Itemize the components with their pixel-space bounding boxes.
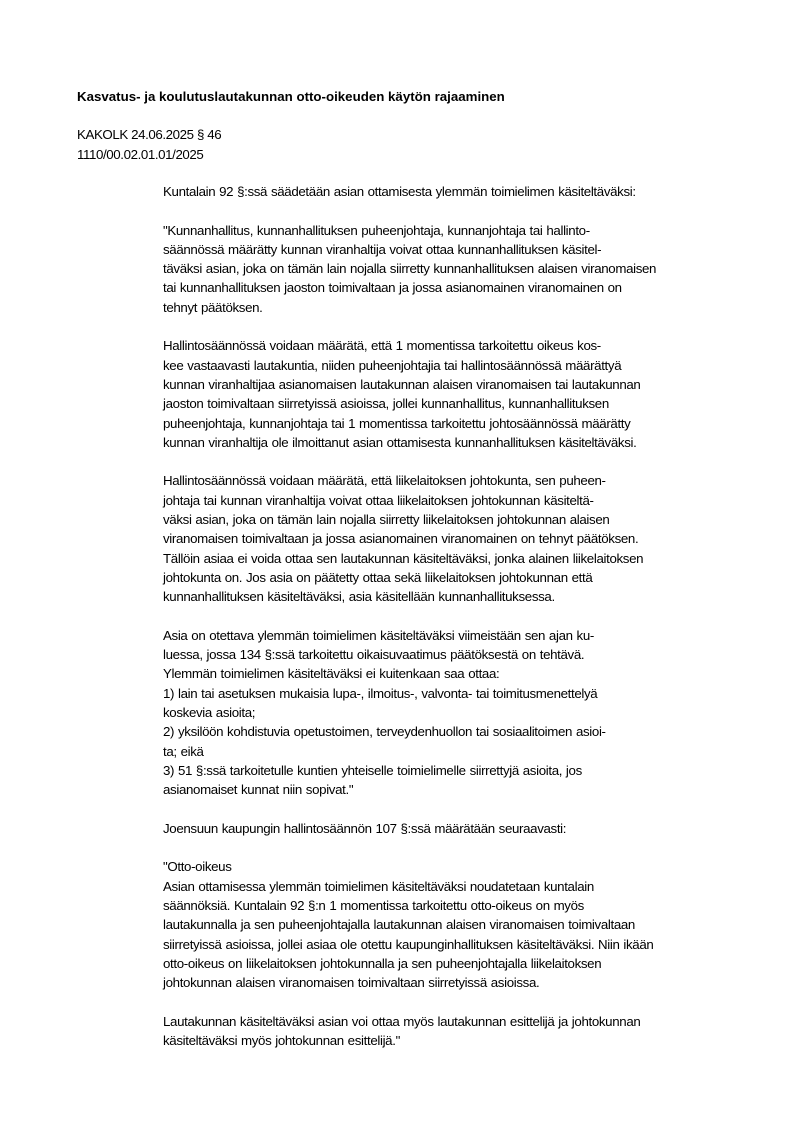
- paragraph: Hallintosäännössä voidaan määrätä, että …: [163, 471, 753, 606]
- paragraph: Lautakunnan käsiteltäväksi asian voi ott…: [163, 1012, 753, 1051]
- case-number: 1110/00.02.01.01/2025: [77, 145, 221, 165]
- document-page: Kasvatus- ja koulutuslautakunnan otto-oi…: [0, 0, 794, 1122]
- paragraph-line: Hallintosäännössä voidaan määrätä, että …: [163, 471, 753, 490]
- paragraph-line: tehnyt päätöksen.: [163, 298, 753, 317]
- paragraph: Hallintosäännössä voidaan määrätä, että …: [163, 336, 753, 452]
- paragraph-line: viranomaisen toimivaltaan ja jossa asian…: [163, 529, 753, 548]
- paragraph-line: kee vastaavasti lautakuntia, niiden puhe…: [163, 356, 753, 375]
- paragraph-line: kunnan viranhaltijaa asianomaisen lautak…: [163, 375, 753, 394]
- paragraph-line: 3) 51 §:ssä tarkoitetulle kuntien yhteis…: [163, 761, 753, 780]
- paragraph-line: säännöksiä. Kuntalain 92 §:n 1 momentiss…: [163, 896, 753, 915]
- paragraph-line: jaoston toimivaltaan siirretyissä asiois…: [163, 394, 753, 413]
- paragraph-line: siirretyissä asioissa, jollei asiaa ole …: [163, 935, 753, 954]
- paragraph-line: Joensuun kaupungin hallintosäännön 107 §…: [163, 819, 753, 838]
- paragraph-line: Ylemmän toimielimen käsiteltäväksi ei ku…: [163, 664, 753, 683]
- paragraph-line: Asian ottamisessa ylemmän toimielimen kä…: [163, 877, 753, 896]
- paragraph-line: Hallintosäännössä voidaan määrätä, että …: [163, 336, 753, 355]
- paragraph-line: 2) yksilöön kohdistuvia opetustoimen, te…: [163, 722, 753, 741]
- paragraph: Asia on otettava ylemmän toimielimen käs…: [163, 626, 753, 800]
- paragraph-line: luessa, jossa 134 §:ssä tarkoitettu oika…: [163, 645, 753, 664]
- paragraph-line: otto-oikeus on liikelaitoksen johtokunna…: [163, 954, 753, 973]
- document-title: Kasvatus- ja koulutuslautakunnan otto-oi…: [77, 89, 505, 104]
- paragraph-line: "Otto-oikeus: [163, 857, 753, 876]
- document-meta: KAKOLK 24.06.2025 § 46 1110/00.02.01.01/…: [77, 125, 221, 164]
- paragraph-line: täväksi asian, joka on tämän lain nojall…: [163, 259, 753, 278]
- paragraph-line: 1) lain tai asetuksen mukaisia lupa-, il…: [163, 684, 753, 703]
- meeting-reference: KAKOLK 24.06.2025 § 46: [77, 125, 221, 145]
- paragraph-line: kunnanhallituksen käsiteltäväksi, asia k…: [163, 587, 753, 606]
- paragraph-line: puheenjohtaja, kunnanjohtaja tai 1 momen…: [163, 414, 753, 433]
- paragraph-line: "Kunnanhallitus, kunnanhallituksen puhee…: [163, 221, 753, 240]
- paragraph-line: asianomaiset kunnat niin sopivat.": [163, 780, 753, 799]
- paragraph-line: Tällöin asiaa ei voida ottaa sen lautaku…: [163, 549, 753, 568]
- paragraph-line: johtokunnan alaisen viranomaisen toimiva…: [163, 973, 753, 992]
- paragraph: "Kunnanhallitus, kunnanhallituksen puhee…: [163, 221, 753, 317]
- paragraph-line: säännössä määrätty kunnan viranhaltija v…: [163, 240, 753, 259]
- paragraph-line: johtaja tai kunnan viranhaltija voivat o…: [163, 491, 753, 510]
- paragraph-line: Kuntalain 92 §:ssä säädetään asian ottam…: [163, 182, 753, 201]
- paragraph-line: Asia on otettava ylemmän toimielimen käs…: [163, 626, 753, 645]
- paragraph-line: koskevia asioita;: [163, 703, 753, 722]
- paragraph-line: johtokunta on. Jos asia on päätetty otta…: [163, 568, 753, 587]
- paragraph: "Otto-oikeusAsian ottamisessa ylemmän to…: [163, 857, 753, 992]
- paragraph-line: tai kunnanhallituksen jaoston toimivalta…: [163, 278, 753, 297]
- paragraph-line: Lautakunnan käsiteltäväksi asian voi ott…: [163, 1012, 753, 1031]
- paragraph: Kuntalain 92 §:ssä säädetään asian ottam…: [163, 182, 753, 201]
- document-body: Kuntalain 92 §:ssä säädetään asian ottam…: [163, 182, 753, 1070]
- paragraph-line: kunnan viranhaltija ole ilmoittanut asia…: [163, 433, 753, 452]
- paragraph-line: väksi asian, joka on tämän lain nojalla …: [163, 510, 753, 529]
- paragraph-line: lautakunnalla ja sen puheenjohtajalla la…: [163, 915, 753, 934]
- paragraph: Joensuun kaupungin hallintosäännön 107 §…: [163, 819, 753, 838]
- paragraph-line: ta; eikä: [163, 742, 753, 761]
- paragraph-line: käsiteltäväksi myös johtokunnan esitteli…: [163, 1031, 753, 1050]
